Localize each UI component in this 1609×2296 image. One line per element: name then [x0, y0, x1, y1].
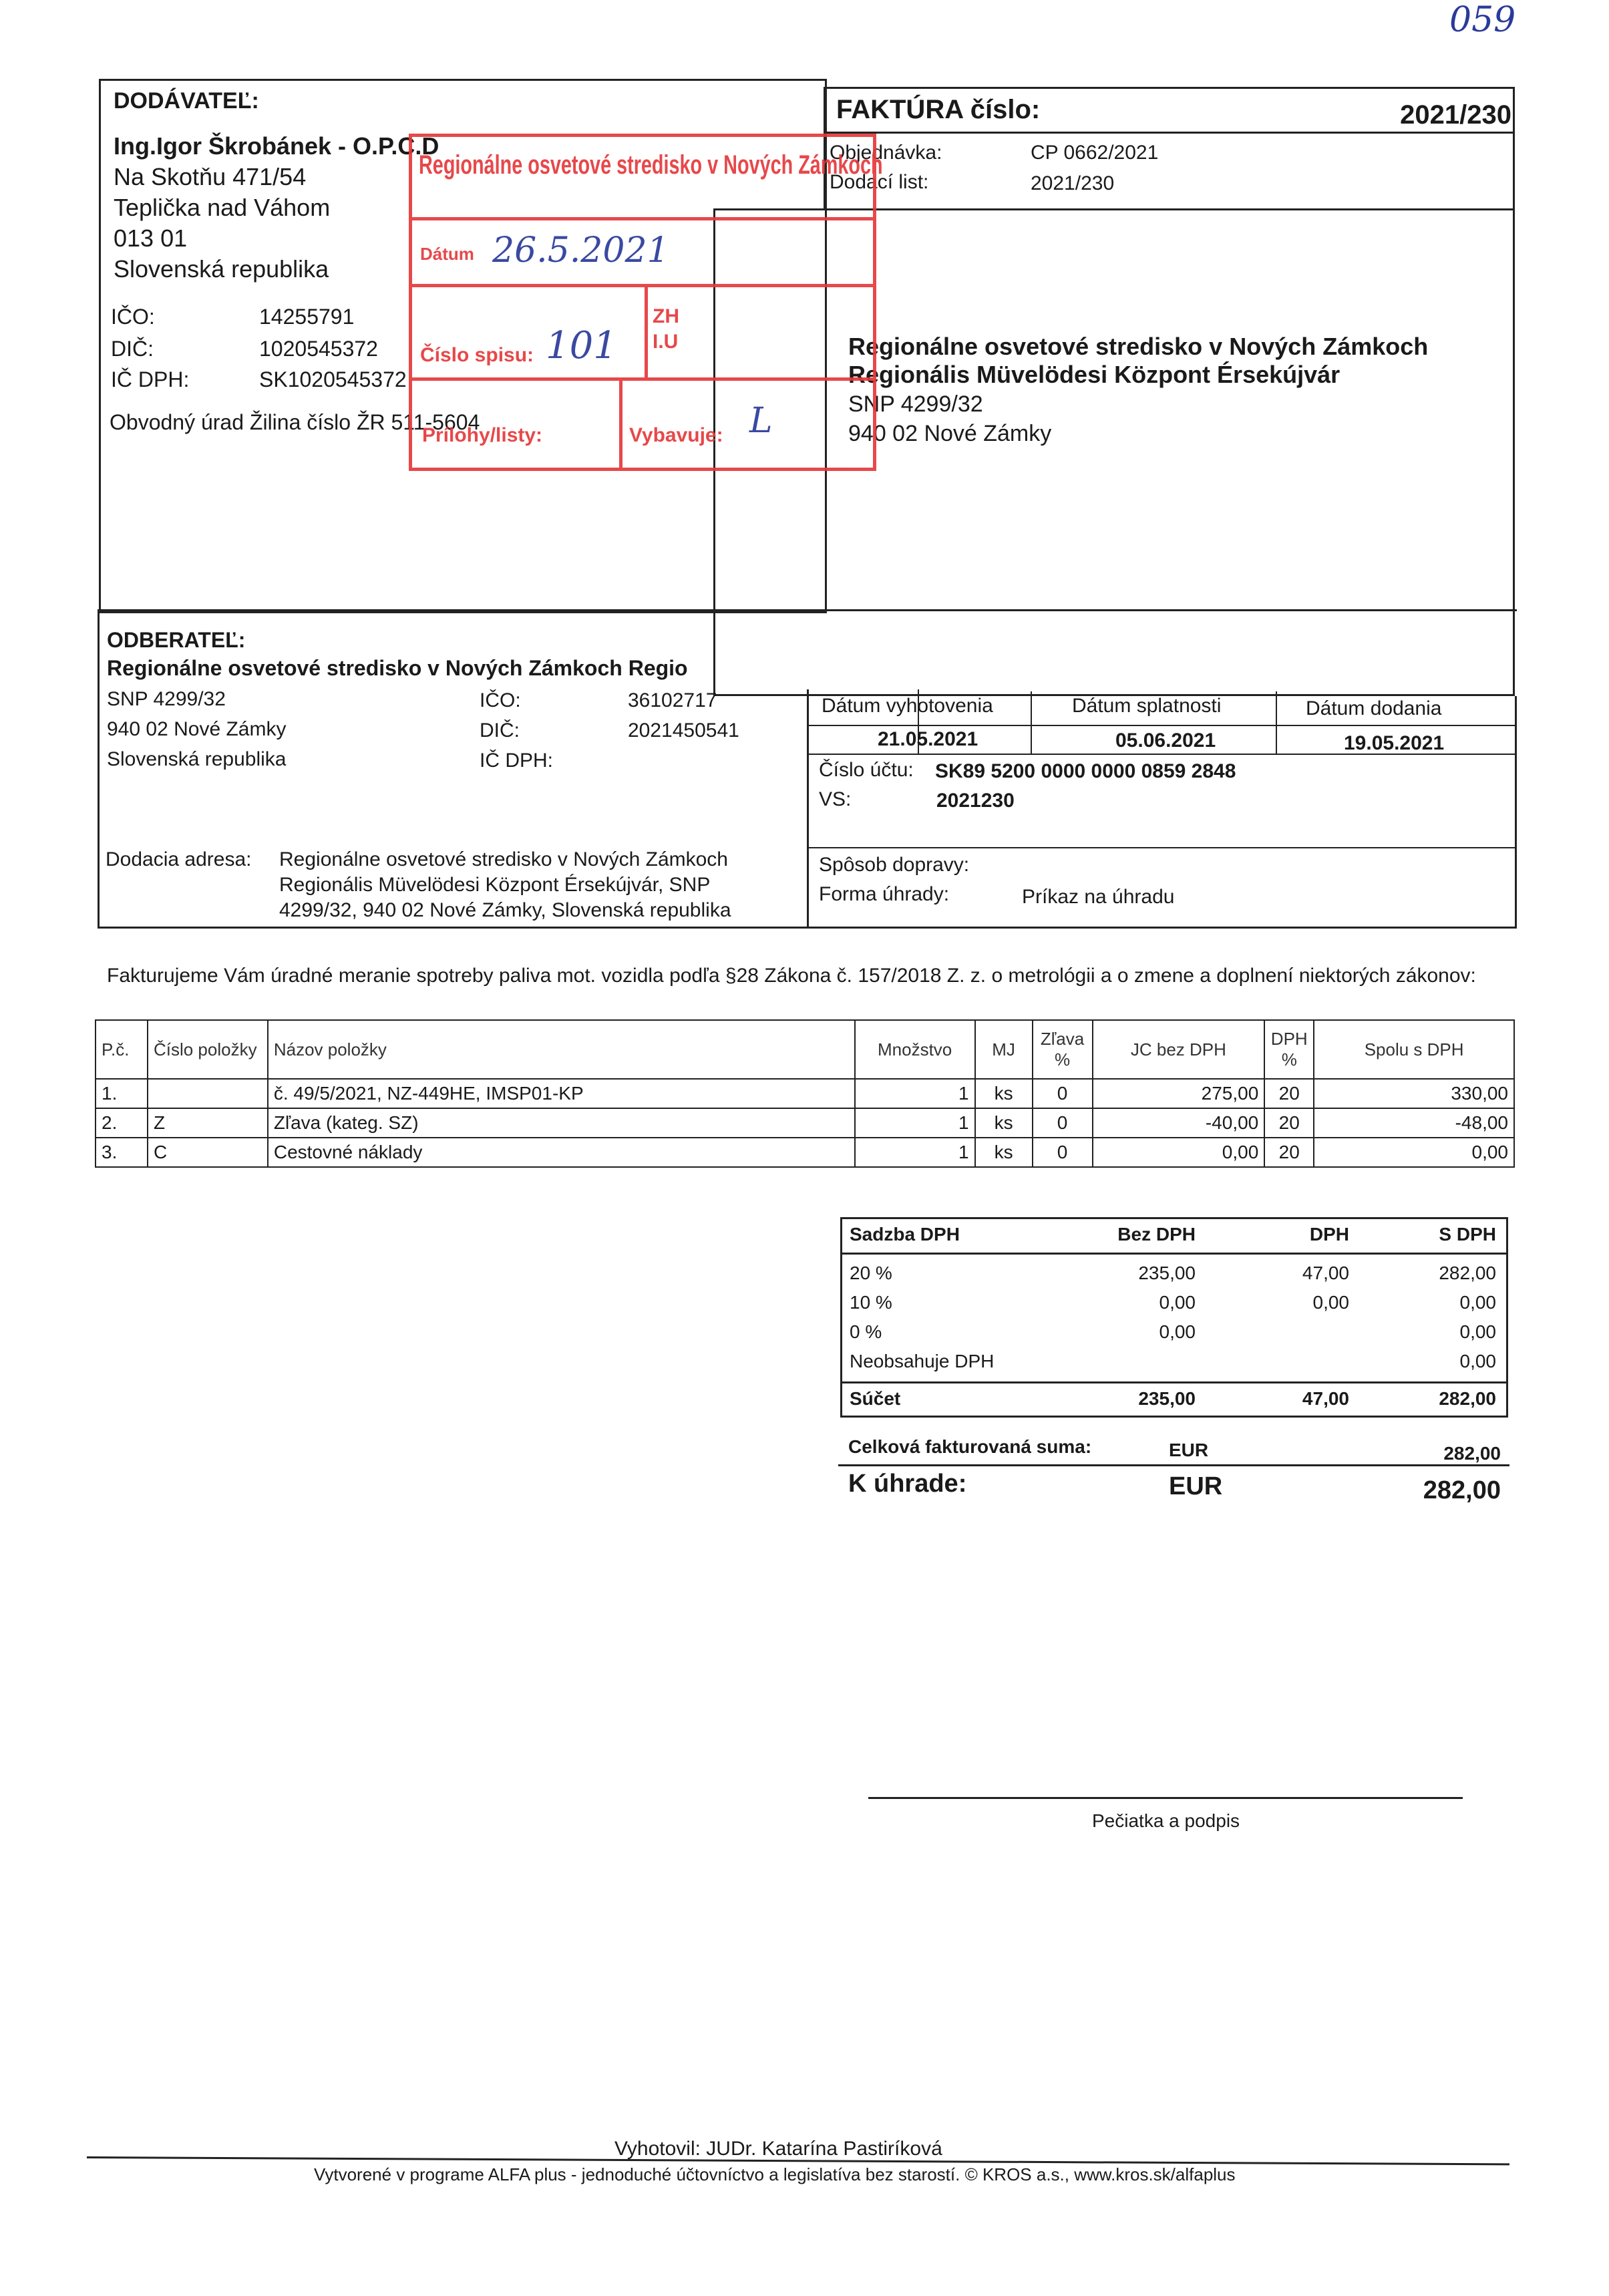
table-cell: 1 [855, 1138, 975, 1167]
table-cell: 2. [96, 1108, 148, 1138]
vat-summary-box [840, 1217, 1508, 1418]
table-cell: 330,00 [1314, 1079, 1514, 1108]
col-header: Množstvo [855, 1020, 975, 1079]
vat-cell: 282,00 [1376, 1388, 1496, 1410]
table-cell: 20 [1264, 1079, 1314, 1108]
stamp-title: Regionálne osvetové stredisko v Nových Z… [419, 150, 883, 180]
col-header: DPH % [1264, 1020, 1314, 1079]
customer-ico-label: IČO: [480, 689, 521, 712]
due-date: 05.06.2021 [1115, 729, 1216, 752]
stamp-zh: ZH [653, 305, 679, 328]
delivery-date-label: Dátum dodania [1306, 697, 1441, 720]
vat-cell: 0,00 [1042, 1292, 1196, 1313]
vat-cell: 10 % [850, 1292, 892, 1313]
amount-due-currency: EUR [1169, 1472, 1222, 1501]
supplier-country: Slovenská republika [114, 255, 329, 283]
vat-cell: 47,00 [1222, 1263, 1349, 1284]
table-cell: 0 [1033, 1138, 1093, 1167]
table-cell: 0 [1033, 1079, 1093, 1108]
delivery-date: 19.05.2021 [1344, 732, 1444, 755]
delivery-address-line: 4299/32, 940 02 Nové Zámky, Slovenská re… [279, 899, 731, 922]
supplier-zip: 013 01 [114, 224, 187, 253]
vat-cell: 0 % [850, 1321, 882, 1343]
table-cell: 20 [1264, 1108, 1314, 1138]
supplier-dic-label: DIČ: [111, 337, 154, 361]
col-header: P.č. [96, 1020, 148, 1079]
invoiced-amount: 282,00 [1443, 1443, 1501, 1464]
vat-cell: Súčet [850, 1388, 900, 1410]
vat-cell: Neobsahuje DPH [850, 1351, 994, 1372]
vs-label: VS: [819, 788, 851, 811]
vat-cell: 0,00 [1376, 1351, 1496, 1372]
stamp-handler-label: Vybavuje: [629, 424, 723, 447]
prepared-by: Vyhotovil: JUDr. Katarína Pastiríková [614, 2138, 942, 2160]
supplier-icdph: SK1020545372 [259, 367, 407, 392]
table-cell: Cestovné náklady [268, 1138, 855, 1167]
table-cell: č. 49/5/2021, NZ-449HE, IMSP01-KP [268, 1079, 855, 1108]
stamp-date-label: Dátum [420, 244, 474, 265]
customer-street: SNP 4299/32 [107, 688, 226, 711]
vat-cell: 20 % [850, 1263, 892, 1284]
payment-method-label: Forma úhrady: [819, 883, 949, 906]
vat-cell: 0,00 [1042, 1321, 1196, 1343]
delivery-address-line: Regionális Müvelödesi Központ Érsekújvár… [279, 874, 710, 896]
order-number: CP 0662/2021 [1031, 142, 1158, 164]
stamp-lu: I.U [653, 331, 678, 353]
customer-country: Slovenská republika [107, 748, 287, 771]
delivery-address-line: Regionálne osvetové stredisko v Nových Z… [279, 848, 728, 871]
customer-icdph-label: IČ DPH: [480, 750, 553, 772]
table-cell: 1 [855, 1079, 975, 1108]
col-header: Názov položky [268, 1020, 855, 1079]
vat-cell: Sadzba DPH [850, 1224, 960, 1245]
intro-text: Fakturujeme Vám úradné meranie spotreby … [107, 966, 1483, 986]
recipient-line1: Regionálne osvetové stredisko v Nových Z… [848, 333, 1428, 361]
table-row: 1.č. 49/5/2021, NZ-449HE, IMSP01-KP1ks02… [96, 1079, 1514, 1108]
stamp-date-value: 26.5.2021 [492, 230, 669, 271]
col-header: Číslo položky [148, 1020, 268, 1079]
table-cell: -40,00 [1093, 1108, 1265, 1138]
items-table: P.č. Číslo položky Názov položky Množstv… [95, 1019, 1515, 1168]
registry-stamp: Regionálne osvetové stredisko v Nových Z… [409, 134, 876, 471]
invoiced-label: Celková fakturovaná suma: [848, 1436, 1091, 1458]
variable-symbol: 2021230 [936, 790, 1015, 812]
supplier-street: Na Skotňu 471/54 [114, 163, 306, 191]
invoice-number: 2021/230 [1400, 100, 1511, 130]
due-date-label: Dátum splatnosti [1072, 695, 1221, 717]
delivery-address-label: Dodacia adresa: [106, 848, 251, 871]
issue-date-label: Dátum vyhotovenia [822, 695, 993, 717]
customer-name: Regionálne osvetové stredisko v Nových Z… [107, 656, 688, 681]
vat-cell: Bez DPH [1042, 1224, 1196, 1245]
vat-cell: 235,00 [1042, 1263, 1196, 1284]
signature-label: Pečiatka a podpis [1092, 1810, 1240, 1832]
table-cell: ks [975, 1108, 1033, 1138]
transport-label: Spôsob dopravy: [819, 854, 969, 876]
recipient-line4: 940 02 Nové Zámky [848, 421, 1051, 447]
table-cell: 275,00 [1093, 1079, 1265, 1108]
table-row: 3.CCestovné náklady1ks00,00200,00 [96, 1138, 1514, 1167]
vat-cell: 0,00 [1376, 1321, 1496, 1343]
stamp-file-value: 101 [546, 324, 617, 367]
software-credit: Vytvorené v programe ALFA plus - jednodu… [314, 2164, 1236, 2185]
supplier-ico-label: IČO: [111, 305, 155, 329]
invoice-title: FAKTÚRA číslo: [836, 95, 1040, 125]
invoiced-currency: EUR [1169, 1440, 1208, 1461]
account-number: SK89 5200 0000 0000 0859 2848 [935, 760, 1236, 783]
table-cell: 1. [96, 1079, 148, 1108]
table-cell [148, 1079, 268, 1108]
table-cell: ks [975, 1138, 1033, 1167]
col-header: JC bez DPH [1093, 1020, 1265, 1079]
amount-due-label: K úhrade: [848, 1470, 966, 1498]
col-header: Zľava % [1033, 1020, 1093, 1079]
vat-cell: 0,00 [1222, 1292, 1349, 1313]
col-header: MJ [975, 1020, 1033, 1079]
customer-heading: ODBERATEĽ: [107, 628, 245, 653]
vat-cell: 282,00 [1376, 1263, 1496, 1284]
table-cell: 0,00 [1314, 1138, 1514, 1167]
payment-method: Príkaz na úhradu [1022, 886, 1174, 909]
vat-cell: DPH [1222, 1224, 1349, 1245]
supplier-city: Teplička nad Váhom [114, 194, 330, 222]
account-label: Číslo účtu: [819, 759, 914, 782]
issue-date: 21.05.2021 [878, 728, 978, 751]
customer-ico: 36102717 [628, 689, 717, 712]
supplier-ico: 14255791 [259, 305, 354, 329]
supplier-heading: DODÁVATEĽ: [114, 88, 259, 114]
table-cell: Zľava (kateg. SZ) [268, 1108, 855, 1138]
customer-dic-label: DIČ: [480, 719, 520, 742]
stamp-handler-value: L [749, 401, 773, 441]
vat-cell: 0,00 [1376, 1292, 1496, 1313]
col-header: Spolu s DPH [1314, 1020, 1514, 1079]
table-cell: 3. [96, 1138, 148, 1167]
customer-city: 940 02 Nové Zámky [107, 718, 286, 741]
table-cell: -48,00 [1314, 1108, 1514, 1138]
table-cell: C [148, 1138, 268, 1167]
table-cell: ks [975, 1079, 1033, 1108]
supplier-dic: 1020545372 [259, 337, 378, 361]
table-cell: 0,00 [1093, 1138, 1265, 1167]
customer-dic: 2021450541 [628, 719, 739, 742]
supplier-name: Ing.Igor Škrobánek - O.P.C.D [114, 132, 439, 160]
table-cell: 1 [855, 1108, 975, 1138]
amount-due: 282,00 [1423, 1476, 1501, 1505]
table-cell: Z [148, 1108, 268, 1138]
vat-cell: S DPH [1376, 1224, 1496, 1245]
stamp-file-label: Číslo spisu: [420, 344, 534, 367]
table-cell: 20 [1264, 1138, 1314, 1167]
recipient-line2: Regionális Müvelödesi Központ Érsekújvár [848, 361, 1340, 389]
vat-cell: 235,00 [1042, 1388, 1196, 1410]
supplier-icdph-label: IČ DPH: [111, 367, 189, 392]
table-row: 2.ZZľava (kateg. SZ)1ks0-40,0020-48,00 [96, 1108, 1514, 1138]
vat-cell: 47,00 [1222, 1388, 1349, 1410]
stamp-attachments-label: Prílohy/listy: [422, 424, 542, 447]
handwritten-page-number: 059 [1449, 0, 1515, 40]
delivery-note-number: 2021/230 [1031, 172, 1114, 195]
table-cell: 0 [1033, 1108, 1093, 1138]
